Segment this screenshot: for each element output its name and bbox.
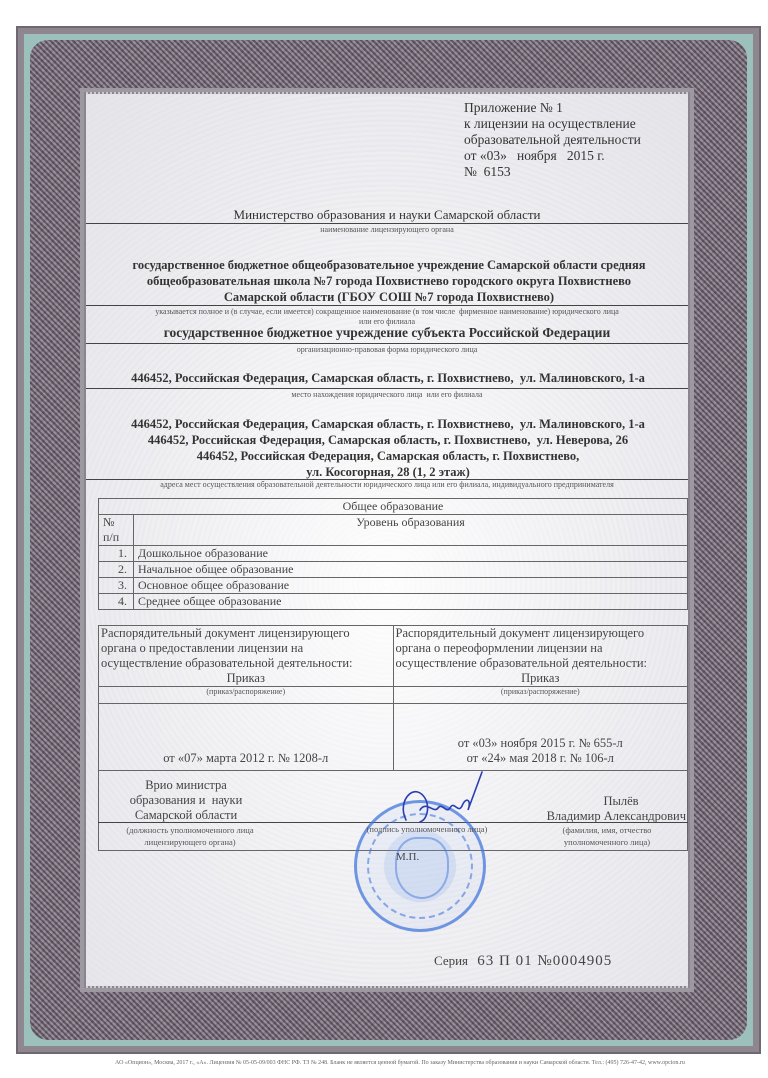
caption-line: указывается полное и (в случае, если име… bbox=[86, 307, 688, 317]
full-name-caption: указывается полное и (в случае, если име… bbox=[86, 307, 688, 327]
table-row: 3. Основное общее образование bbox=[99, 578, 688, 594]
row-num: 1. bbox=[99, 546, 134, 562]
appendix-number: № 6153 bbox=[464, 164, 641, 180]
full-name-line: общеобразовательная школа №7 города Похв… bbox=[90, 273, 688, 289]
series-number: 63 П 01 №0004905 bbox=[477, 953, 612, 969]
name-line: Пылёв bbox=[516, 794, 686, 809]
col-level-header: Уровень образования bbox=[134, 515, 688, 546]
row-num: 3. bbox=[99, 578, 134, 594]
form-series: Серия 63 П 01 №0004905 bbox=[434, 953, 612, 970]
activity-address: 446452, Российская Федерация, Самарская … bbox=[88, 448, 688, 464]
education-levels-table: Общее образование № п/п Уровень образова… bbox=[98, 498, 688, 610]
order-right-caption: (приказ/распоряжение) bbox=[393, 687, 688, 704]
order-date: от «03» ноября 2015 г. № 655-л bbox=[396, 736, 686, 751]
row-level: Дошкольное образование bbox=[134, 546, 688, 562]
caption-line: (фамилия, имя, отчество bbox=[532, 824, 682, 836]
appendix-title: Приложение № 1 bbox=[464, 100, 641, 116]
order-title-line: осуществление образовательной деятельнос… bbox=[396, 656, 686, 671]
signature-caption: (подпись уполномоченного лица) bbox=[342, 824, 512, 834]
activity-addresses: 446452, Российская Федерация, Самарская … bbox=[88, 416, 688, 480]
divider bbox=[86, 388, 688, 389]
legal-address-caption: место нахождения юридического лица или е… bbox=[86, 390, 688, 399]
row-level: Основное общее образование bbox=[134, 578, 688, 594]
signatory-name: Пылёв Владимир Александрович bbox=[516, 794, 686, 824]
table-row: 2. Начальное общее образование bbox=[99, 562, 688, 578]
divider bbox=[86, 223, 688, 224]
col-num-line2: п/п bbox=[103, 530, 127, 545]
stamp-place-label: М.П. bbox=[396, 851, 419, 863]
row-level: Среднее общее образование bbox=[134, 594, 688, 610]
orders-table: Распорядительный документ лицензирующего… bbox=[98, 625, 688, 771]
appendix-date: от «03» ноября 2015 г. bbox=[464, 148, 641, 164]
series-label: Серия bbox=[434, 953, 468, 968]
activity-address: ул. Косогорная, 28 (1, 2 этаж) bbox=[88, 464, 688, 480]
row-num: 4. bbox=[99, 594, 134, 610]
activity-address: 446452, Российская Федерация, Самарская … bbox=[88, 416, 688, 432]
order-type: Приказ bbox=[396, 671, 686, 686]
licensing-body-caption: наименование лицензирующего органа bbox=[86, 225, 688, 234]
legal-form: государственное бюджетное учреждение суб… bbox=[86, 325, 688, 341]
col-num-line1: № bbox=[103, 515, 127, 530]
order-left-title: Распорядительный документ лицензирующего… bbox=[99, 626, 394, 687]
activity-address: 446452, Российская Федерация, Самарская … bbox=[88, 432, 688, 448]
position-line: образования и науки bbox=[116, 793, 256, 808]
appendix-header: Приложение № 1 к лицензии на осуществлен… bbox=[464, 100, 641, 180]
table-row: 4. Среднее общее образование bbox=[99, 594, 688, 610]
row-level: Начальное общее образование bbox=[134, 562, 688, 578]
caption-line: лицензирующего органа) bbox=[110, 836, 270, 848]
position-caption: (должность уполномоченного лица лицензир… bbox=[110, 824, 270, 848]
licensee-full-name: государственное бюджетное общеобразовате… bbox=[90, 257, 688, 305]
divider bbox=[86, 305, 688, 306]
row-num: 2. bbox=[99, 562, 134, 578]
full-name-line: государственное бюджетное общеобразовате… bbox=[90, 257, 688, 273]
order-type: Приказ bbox=[101, 671, 391, 686]
order-title-line: органа о предоставлении лицензии на bbox=[101, 641, 391, 656]
name-line: Владимир Александрович bbox=[516, 809, 686, 824]
legal-form-caption: организационно-правовая форма юридическо… bbox=[86, 345, 688, 354]
table-row: 1. Дошкольное образование bbox=[99, 546, 688, 562]
signatory-position: Врио министра образования и науки Самарс… bbox=[116, 778, 256, 823]
order-title-line: осуществление образовательной деятельнос… bbox=[101, 656, 391, 671]
activity-addresses-caption: адреса мест осуществления образовательно… bbox=[86, 480, 688, 489]
col-num-header: № п/п bbox=[99, 515, 134, 546]
certificate-paper: Приложение № 1 к лицензии на осуществлен… bbox=[86, 94, 688, 986]
position-line: Врио министра bbox=[116, 778, 256, 793]
position-line: Самарской области bbox=[116, 808, 256, 823]
caption-line: (должность уполномоченного лица bbox=[110, 824, 270, 836]
appendix-line2: к лицензии на осуществление bbox=[464, 116, 641, 132]
legal-address: 446452, Российская Федерация, Самарская … bbox=[88, 371, 688, 386]
order-left-caption: (приказ/распоряжение) bbox=[99, 687, 394, 704]
licensing-body-name: Министерство образования и науки Самарск… bbox=[86, 207, 688, 223]
order-right-title: Распорядительный документ лицензирующего… bbox=[393, 626, 688, 687]
full-name-line: Самарской области (ГБОУ СОШ №7 города По… bbox=[90, 289, 688, 305]
caption-line: уполномоченного лица) bbox=[532, 836, 682, 848]
order-title-line: Распорядительный документ лицензирующего bbox=[396, 626, 686, 641]
appendix-line3: образовательной деятельности bbox=[464, 132, 641, 148]
divider bbox=[86, 343, 688, 344]
printer-footer: АО «Опцион», Москва, 2017 г., «А». Лицен… bbox=[60, 1060, 740, 1066]
section-title: Общее образование bbox=[99, 499, 688, 515]
order-title-line: органа о переоформлении лицензии на bbox=[396, 641, 686, 656]
order-title-line: Распорядительный документ лицензирующего bbox=[101, 626, 391, 641]
name-caption: (фамилия, имя, отчество уполномоченного … bbox=[532, 824, 682, 848]
